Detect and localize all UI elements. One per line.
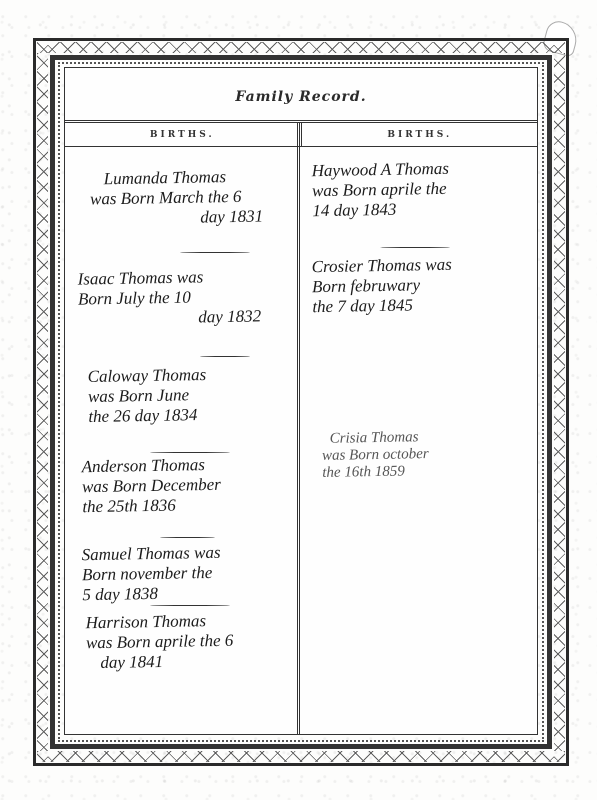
separator-flourish xyxy=(180,252,250,253)
birth-entry-isaac: Isaac Thomas was Born July the 10 day 18… xyxy=(77,266,261,329)
birth-entry-harrison: Harrison Thomas was Born aprile the 6 da… xyxy=(85,611,233,674)
scanned-page: Family Record. BIRTHS. BIRTHS. Lumanda T… xyxy=(0,0,597,800)
birth-entry-crosier: Crosier Thomas was Born februwary the 7 … xyxy=(311,255,452,317)
birth-entry-caloway: Caloway Thomas was Born June the 26 day … xyxy=(87,365,207,427)
birth-entry-lumanda: Lumanda Thomas was Born March the 6 day … xyxy=(89,166,263,229)
column-header-row: BIRTHS. BIRTHS. xyxy=(64,123,538,147)
separator-flourish xyxy=(150,605,230,606)
record-header: Family Record. xyxy=(64,67,538,123)
column-header-births-right: BIRTHS. xyxy=(302,123,539,146)
birth-entry-haywood: Haywood A Thomas was Born aprile the 14 … xyxy=(311,159,449,221)
page-title: Family Record. xyxy=(235,89,366,105)
birth-entry-anderson: Anderson Thomas was Born December the 25… xyxy=(81,455,221,517)
separator-flourish xyxy=(200,356,250,357)
birth-entry-samuel: Samuel Thomas was Born november the 5 da… xyxy=(81,543,221,605)
birth-entry-crisia: Crisia Thomas was Born october the 16th … xyxy=(322,429,430,482)
column-header-births-left: BIRTHS. xyxy=(64,123,302,146)
column-divider xyxy=(297,123,300,735)
separator-flourish xyxy=(150,452,230,453)
separator-flourish xyxy=(380,247,450,248)
separator-flourish xyxy=(160,537,215,538)
